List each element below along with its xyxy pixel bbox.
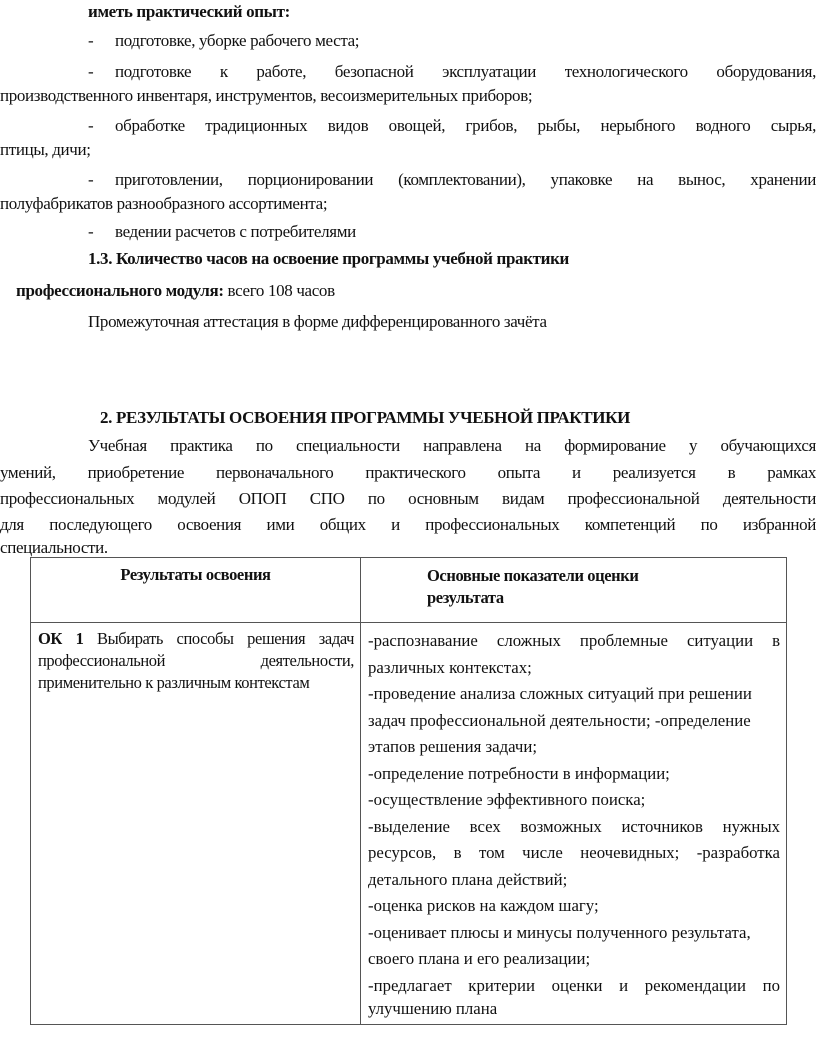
list-item-text: обработке традиционных видов овощей, гри…	[115, 116, 816, 135]
competence-text: Выбирать способы решения задач	[83, 629, 354, 648]
list-item-text: подготовке, уборке рабочего места;	[115, 31, 359, 50]
section-2-paragraph-line: для последующего освоения ими общих и пр…	[0, 515, 816, 535]
header-results: Результаты освоения	[31, 558, 361, 623]
indicator-line: различных контекстах;	[368, 655, 780, 682]
header-indicators: Основные показатели оценки результата	[361, 558, 787, 623]
list-dash: -	[88, 222, 115, 242]
list-item-text: приготовлении, порционировании (комплект…	[115, 170, 816, 189]
indicator-line: детального плана действий;	[368, 867, 780, 894]
indicator-line: -проведение анализа сложных ситуаций при…	[368, 681, 780, 708]
list-dash: -	[88, 62, 115, 82]
section-2-paragraph-line: профессиональных модулей ОПОП СПО по осн…	[0, 489, 816, 509]
section-2-paragraph-line: специальности.	[0, 538, 108, 558]
table-header-row: Результаты освоения Основные показатели …	[31, 558, 787, 623]
indicator-line: улучшению плана	[368, 999, 780, 1019]
experience-item: -подготовке к работе, безопасной эксплуа…	[88, 62, 816, 82]
indicator-line: -оценка рисков на каждом шагу;	[368, 893, 780, 920]
competence-line: применительно к различным контекстам	[38, 672, 354, 694]
list-dash: -	[88, 170, 115, 190]
indicator-line: -определение потребности в информации;	[368, 761, 780, 788]
indicator-line: -предлагает критерии оценки и рекомендац…	[368, 973, 780, 1000]
section-2-title: 2. РЕЗУЛЬТАТЫ ОСВОЕНИЯ ПРОГРАММЫ УЧЕБНОЙ…	[100, 408, 630, 428]
results-table: Результаты освоения Основные показатели …	[30, 557, 787, 1025]
competence-line: профессиональной деятельности,	[38, 650, 354, 672]
experience-heading: иметь практический опыт:	[88, 2, 290, 22]
list-item-text: подготовке к работе, безопасной эксплуат…	[115, 62, 816, 81]
hours-value: всего 108 часов	[224, 281, 335, 300]
indicator-line: -оценивает плюсы и минусы полученного ре…	[368, 920, 780, 947]
section-1-3-hours: профессионального модуля: всего 108 часо…	[16, 281, 335, 301]
header-indicators-line: Основные показатели оценки	[427, 565, 786, 587]
indicator-line: -распознавание сложных проблемные ситуац…	[368, 628, 780, 655]
experience-item: -приготовлении, порционировании (комплек…	[88, 170, 816, 190]
list-dash: -	[88, 31, 115, 51]
section-1-3-title-cont: профессионального модуля:	[16, 281, 224, 300]
experience-item-continuation: производственного инвентаря, инструменто…	[0, 86, 532, 106]
experience-item: -подготовке, уборке рабочего места;	[88, 31, 359, 51]
indicator-line: этапов решения задачи;	[368, 734, 780, 761]
indicators-cell: -распознавание сложных проблемные ситуац…	[361, 623, 787, 1025]
header-indicators-line: результата	[427, 587, 786, 609]
experience-item: -ведении расчетов с потребителями	[88, 222, 356, 242]
section-1-3-title: 1.3. Количество часов на освоение програ…	[88, 249, 569, 269]
indicator-line: ресурсов, в том числе неочевидных; -разр…	[368, 840, 780, 867]
section-2-paragraph-line: умений, приобретение первоначального пра…	[0, 463, 816, 483]
competence-code: ОК 1	[38, 629, 83, 648]
experience-item-continuation: полуфабрикатов разнообразного ассортимен…	[0, 194, 327, 214]
competence-cell: ОК 1 Выбирать способы решения задач проф…	[31, 623, 361, 1025]
experience-item: -обработке традиционных видов овощей, гр…	[88, 116, 816, 136]
section-2-paragraph-line: Учебная практика по специальности направ…	[88, 436, 816, 456]
list-item-text: ведении расчетов с потребителями	[115, 222, 356, 241]
experience-item-continuation: птицы, дичи;	[0, 140, 91, 160]
indicator-line: -осуществление эффективного поиска;	[368, 787, 780, 814]
indicator-line: -выделение всех возможных источников нуж…	[368, 814, 780, 841]
indicator-line: своего плана и его реализации;	[368, 946, 780, 973]
competence-line: ОК 1 Выбирать способы решения задач	[38, 628, 354, 650]
attestation-text: Промежуточная аттестация в форме диффере…	[88, 312, 547, 332]
indicator-line: задач профессиональной деятельности; -оп…	[368, 708, 780, 735]
table-row: ОК 1 Выбирать способы решения задач проф…	[31, 623, 787, 1025]
list-dash: -	[88, 116, 115, 136]
